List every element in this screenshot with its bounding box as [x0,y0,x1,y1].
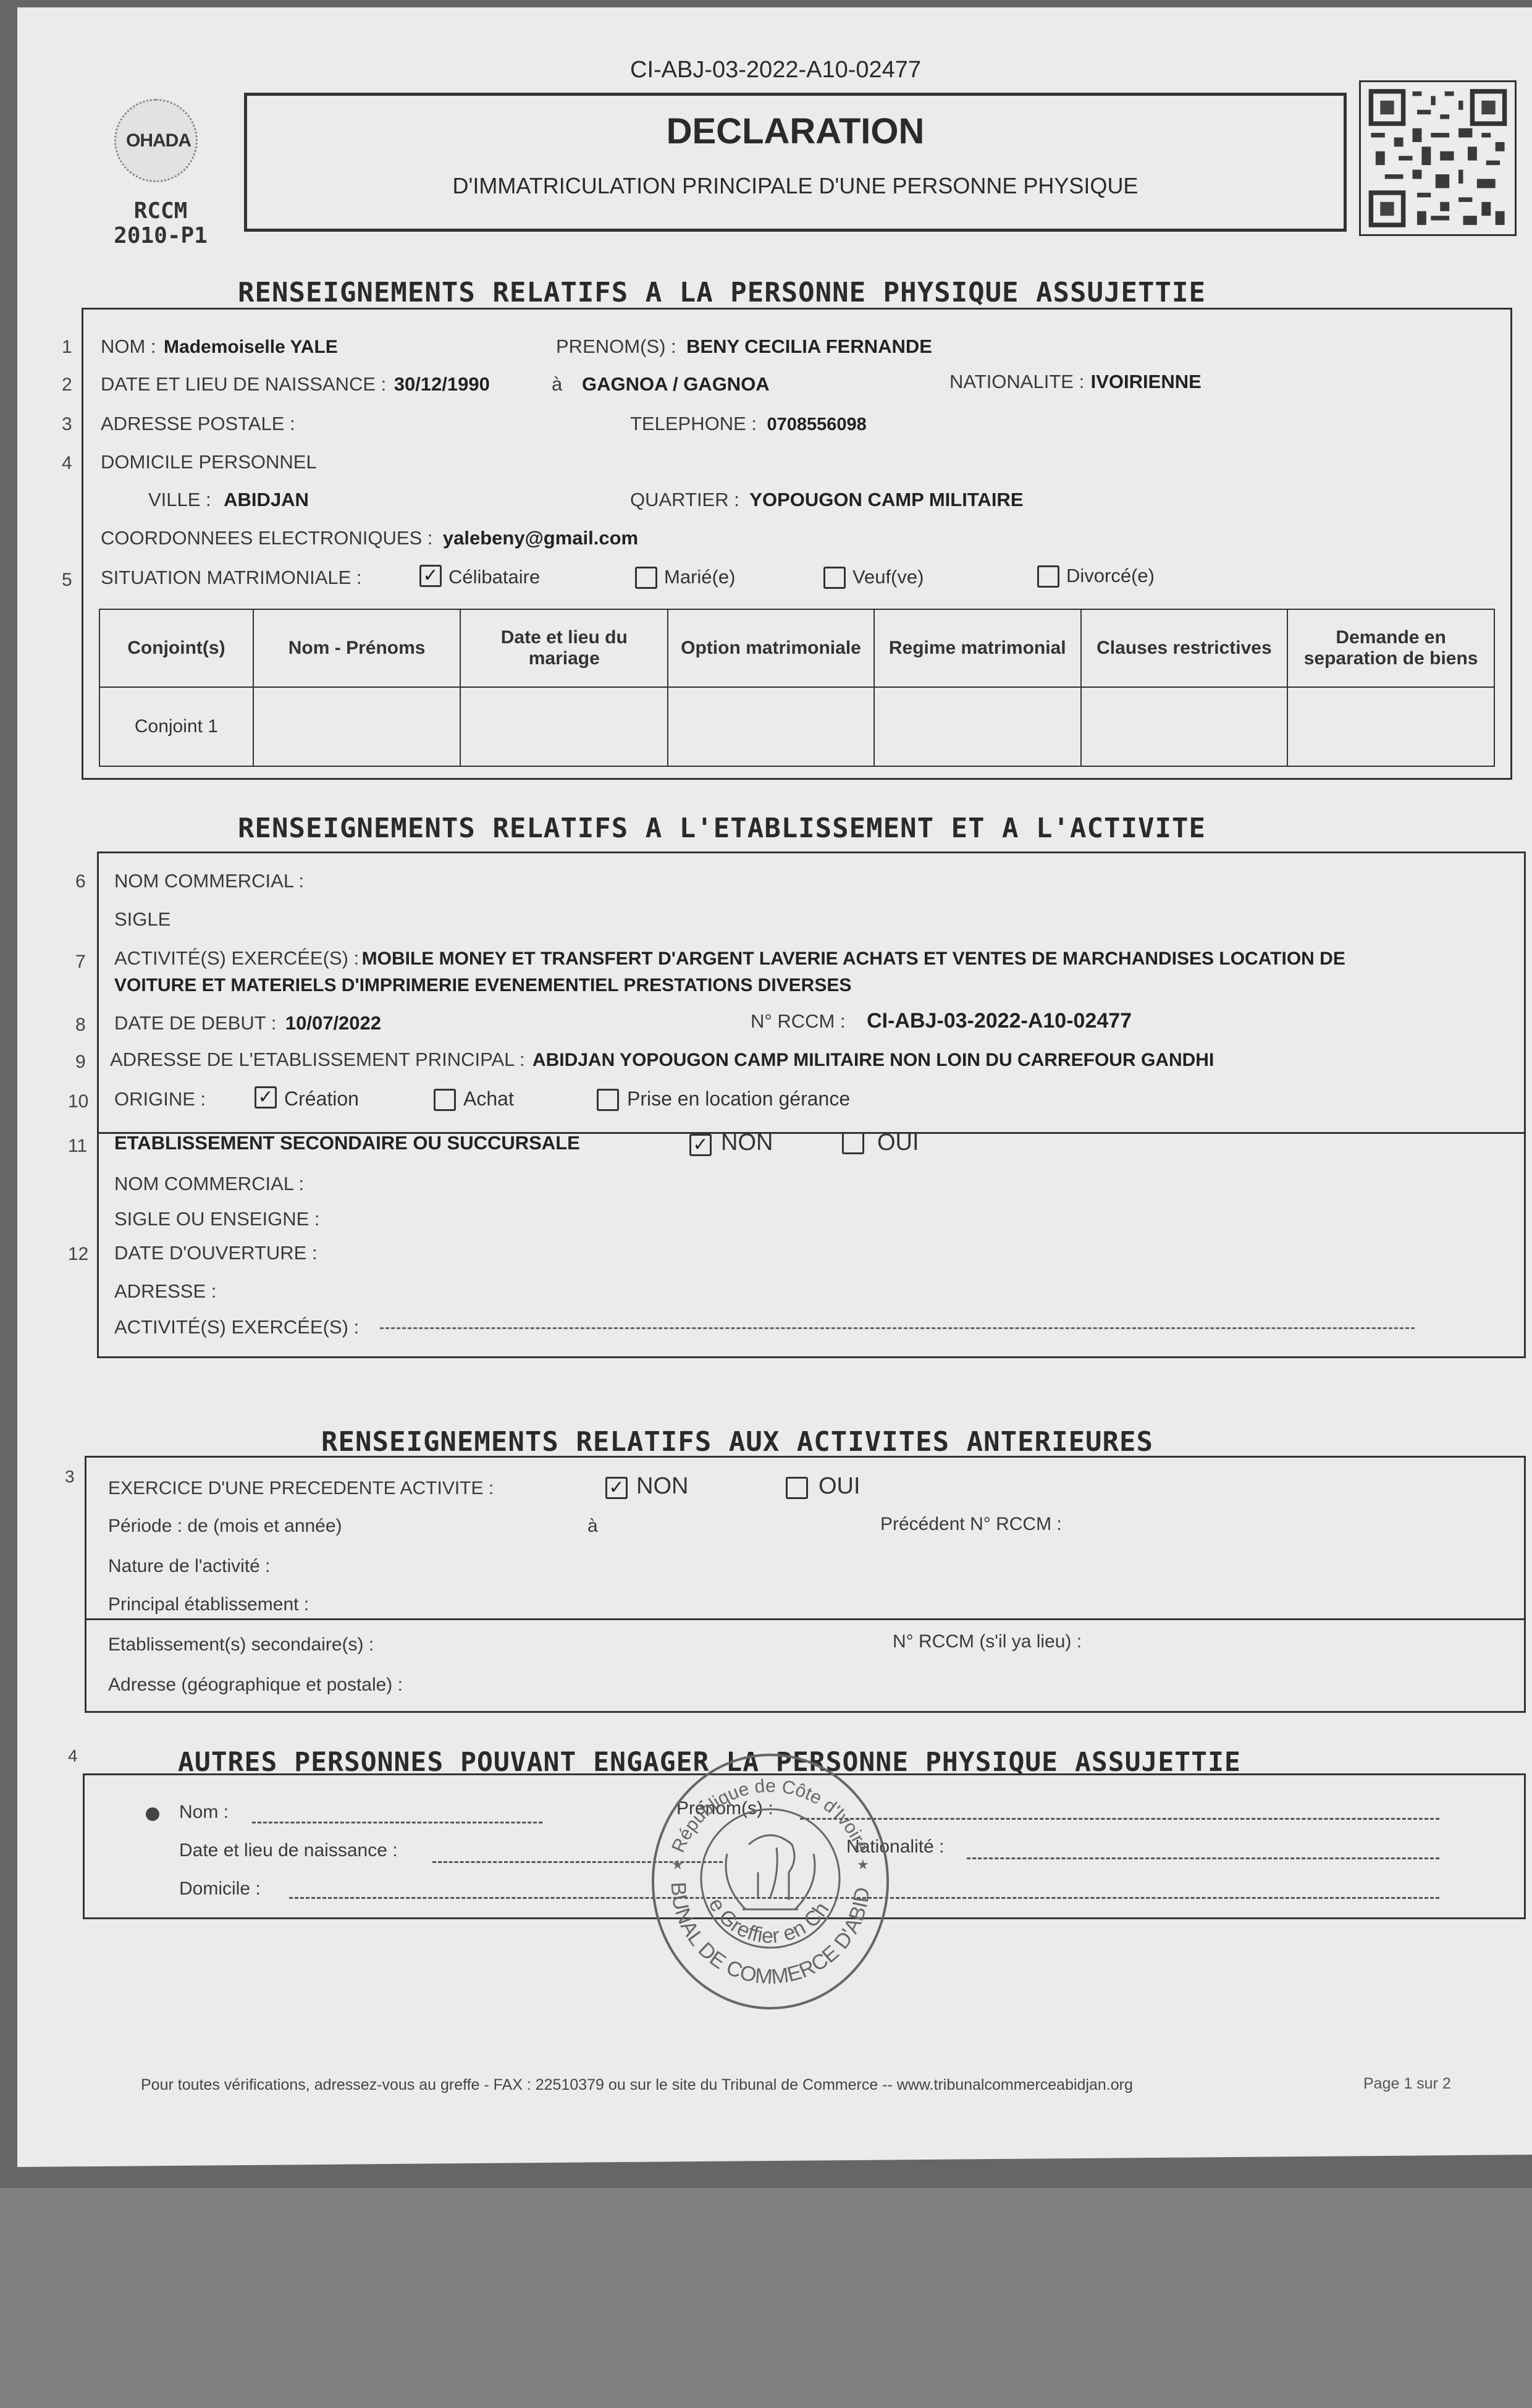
autre-nom-label: Nom : [179,1802,229,1823]
stamp-middle-text: Le Greffier en Chef [634,1743,834,1948]
table-cell: Conjoint 1 [99,687,253,766]
naissance-field: DATE ET LIEU DE NAISSANCE : 30/12/1990 [101,373,490,395]
form-code-line1: RCCM [99,199,222,224]
naissance-a: à [552,373,562,395]
checkbox-location-gerance[interactable] [597,1089,619,1111]
section1-title: RENSEIGNEMENTS RELATIFS A LA PERSONNE PH… [238,277,1206,308]
ville-label: VILLE : [148,489,211,510]
line-number: 4 [68,1746,78,1766]
option-celibataire: Célibataire [448,566,540,588]
table-header: Regime matrimonial [874,609,1081,687]
table-header-row: Conjoint(s) Nom - Prénoms Date et lieu d… [99,609,1494,687]
line-number: 3 [65,1467,75,1487]
footer-text: Pour toutes vérifications, adressez-vous… [141,2076,1133,2094]
telephone-label: TELEPHONE : [630,413,757,434]
activites-value-line2: VOITURE ET MATERIELS D'IMPRIMERIE EVENEM… [114,975,851,996]
rccm-value: CI-ABJ-03-2022-A10-02477 [867,1009,1132,1033]
elephant-emblem-icon [726,1835,815,1909]
checkbox-achat[interactable] [434,1089,456,1111]
email-value: yalebeny@gmail.com [443,527,638,549]
qr-code-icon [1359,80,1517,236]
periode-label: Période : de (mois et année) [108,1516,342,1537]
option-achat: Achat [463,1088,514,1110]
checkbox-creation[interactable]: ✓ [255,1086,277,1109]
autre-domicile-label: Domicile : [179,1878,261,1899]
option-exercice-non: NON [636,1473,688,1500]
document-page: CI-ABJ-03-2022-A10-02477 OHADA RCCM 2010… [17,7,1532,2167]
svg-text:Le Greffier en Chef: Le Greffier en Chef [634,1743,834,1948]
ville-value: ABIDJAN [224,489,309,510]
table-cell [253,687,461,766]
prenoms-label: PRENOM(S) : [556,336,676,357]
activites-label: ACTIVITÉ(S) EXERCÉE(S) : [114,947,359,969]
page-subtitle: D'IMMATRICULATION PRINCIPALE D'UNE PERSO… [247,173,1344,199]
periode-a: à [587,1516,598,1537]
line-number: 11 [68,1136,87,1157]
table-cell [1081,687,1288,766]
line-number: 7 [75,952,86,973]
checkbox-marie[interactable] [635,567,657,589]
line-number: 3 [62,414,72,435]
origine-label: ORIGINE : [114,1088,206,1110]
adresse-etablissement-value: ABIDJAN YOPOUGON CAMP MILITAIRE NON LOIN… [532,1050,1214,1070]
table-row: Conjoint 1 [99,687,1494,766]
principal-label: Principal établissement : [108,1594,309,1615]
line-number: 5 [62,570,72,591]
date-debut-field: DATE DE DEBUT : 10/07/2022 [114,1012,381,1034]
exercice-label: EXERCICE D'UNE PRECEDENTE ACTIVITE : [108,1478,494,1499]
nature-label: Nature de l'activité : [108,1556,271,1577]
table-header: Conjoint(s) [99,609,253,687]
table-header: Nom - Prénoms [253,609,461,687]
line-number: 6 [75,871,86,892]
court-stamp: République de Côte d'Ivoire TRIBUNAL DE … [634,1743,906,2014]
table-cell [460,687,668,766]
page-title: DECLARATION [247,111,1344,152]
quartier-field: QUARTIER : YOPOUGON CAMP MILITAIRE [630,489,1024,511]
line-number: 2 [62,374,72,395]
stamp-top-text: République de Côte d'Ivoire [668,1776,872,1856]
line-number: 4 [62,453,72,474]
form-code: RCCM 2010-P1 [99,199,222,248]
bullet-icon [146,1807,159,1821]
date-debut-value: 10/07/2022 [285,1012,381,1034]
telephone-field: TELEPHONE : 0708556098 [630,413,867,435]
option-creation: Création [284,1088,359,1110]
table-header: Clauses restrictives [1081,609,1288,687]
checkbox-veuf[interactable] [823,567,846,589]
adresse-etablissement-label: ADRESSE DE L'ETABLISSEMENT PRINCIPAL : [110,1049,524,1070]
precedent-rccm-label: Précédent N° RCCM : [880,1514,1062,1535]
checkbox-celibataire[interactable]: ✓ [419,565,442,587]
nom-commercial-label: NOM COMMERCIAL : [114,870,304,892]
star-icon: ★ [857,1857,869,1872]
adresse-etablissement-field: ADRESSE DE L'ETABLISSEMENT PRINCIPAL : A… [110,1049,1214,1071]
nationalite-label: NATIONALITE : [949,371,1084,392]
situation-label: SITUATION MATRIMONIALE : [101,567,362,589]
nationalite-value: IVOIRIENNE [1091,371,1202,392]
reference-number: CI-ABJ-03-2022-A10-02477 [630,57,921,83]
autre-nom-input[interactable] [252,1822,542,1823]
naissance-lieu: GAGNOA / GAGNOA [582,373,770,395]
activites-field: ACTIVITÉ(S) EXERCÉE(S) : MOBILE MONEY ET… [114,947,1345,970]
telephone-value: 0708556098 [767,415,866,434]
title-box: DECLARATION D'IMMATRICULATION PRINCIPALE… [244,93,1347,232]
prenoms-value: BENY CECILIA FERNANDE [686,336,932,357]
rccm-field: N° RCCM : CI-ABJ-03-2022-A10-02477 [751,1009,1132,1033]
checkbox-exercice-non[interactable]: ✓ [605,1477,628,1499]
sigle-label: SIGLE [114,908,170,931]
line-number: 9 [75,1052,86,1073]
option-veuf: Veuf(ve) [852,566,924,588]
line-number: 12 [68,1244,88,1265]
section2-title: RENSEIGNEMENTS RELATIFS A L'ETABLISSEMEN… [238,813,1206,844]
table-header: Date et lieu du mariage [460,609,668,687]
autre-nationalite-input[interactable] [967,1857,1439,1859]
prenoms-field: PRENOM(S) : BENY CECILIA FERNANDE [556,336,932,358]
naissance-label: DATE ET LIEU DE NAISSANCE : [101,373,386,395]
nom-value: Mademoiselle YALE [164,337,338,357]
activites-value-line1: MOBILE MONEY ET TRANSFERT D'ARGENT LAVER… [362,948,1345,969]
autre-naissance-label: Date et lieu de naissance : [179,1840,398,1861]
section3-lower-box [85,1619,1526,1713]
section3-title: RENSEIGNEMENTS RELATIFS AUX ACTIVITES AN… [321,1426,1153,1458]
option-exercice-oui: OUI [819,1473,861,1500]
line-number: 8 [75,1015,86,1036]
ohada-logo-text: OHADA [126,130,191,151]
page-number: Page 1 sur 2 [1363,2075,1451,2093]
table-header: Demande en separation de biens [1287,609,1494,687]
checkbox-exercice-oui[interactable] [786,1477,808,1499]
naissance-date: 30/12/1990 [394,373,490,395]
email-label: COORDONNEES ELECTRONIQUES : [101,527,432,549]
date-debut-label: DATE DE DEBUT : [114,1012,276,1034]
ville-field: VILLE : ABIDJAN [148,489,309,511]
table-cell [668,687,874,766]
option-location-gerance: Prise en location gérance [627,1088,850,1110]
domicile-label: DOMICILE PERSONNEL [101,451,317,473]
conjoints-table: Conjoint(s) Nom - Prénoms Date et lieu d… [99,609,1495,767]
option-marie: Marié(e) [664,566,735,588]
section2-lower-box [97,1132,1526,1358]
ohada-logo: OHADA [114,99,198,182]
nom-label: NOM : [101,336,156,357]
nationalite-field: NATIONALITE : IVOIRIENNE [949,371,1202,393]
checkbox-divorce[interactable] [1037,565,1059,588]
line-number: 1 [62,337,72,358]
form-code-line2: 2010-P1 [99,224,222,248]
quartier-value: YOPOUGON CAMP MILITAIRE [749,489,1023,510]
quartier-label: QUARTIER : [630,489,739,510]
line-number: 10 [68,1091,88,1112]
table-cell [1287,687,1494,766]
rccm-label: N° RCCM : [751,1010,846,1032]
adresse-label: ADRESSE POSTALE : [101,413,295,435]
table-cell [874,687,1081,766]
email-field: COORDONNEES ELECTRONIQUES : yalebeny@gma… [101,527,638,549]
star-icon: ★ [671,1857,684,1872]
option-divorce: Divorcé(e) [1066,565,1155,587]
svg-text:République de Côte d'Ivoire: République de Côte d'Ivoire [668,1776,872,1856]
nom-field: NOM : Mademoiselle YALE [101,336,338,358]
table-header: Option matrimoniale [668,609,874,687]
